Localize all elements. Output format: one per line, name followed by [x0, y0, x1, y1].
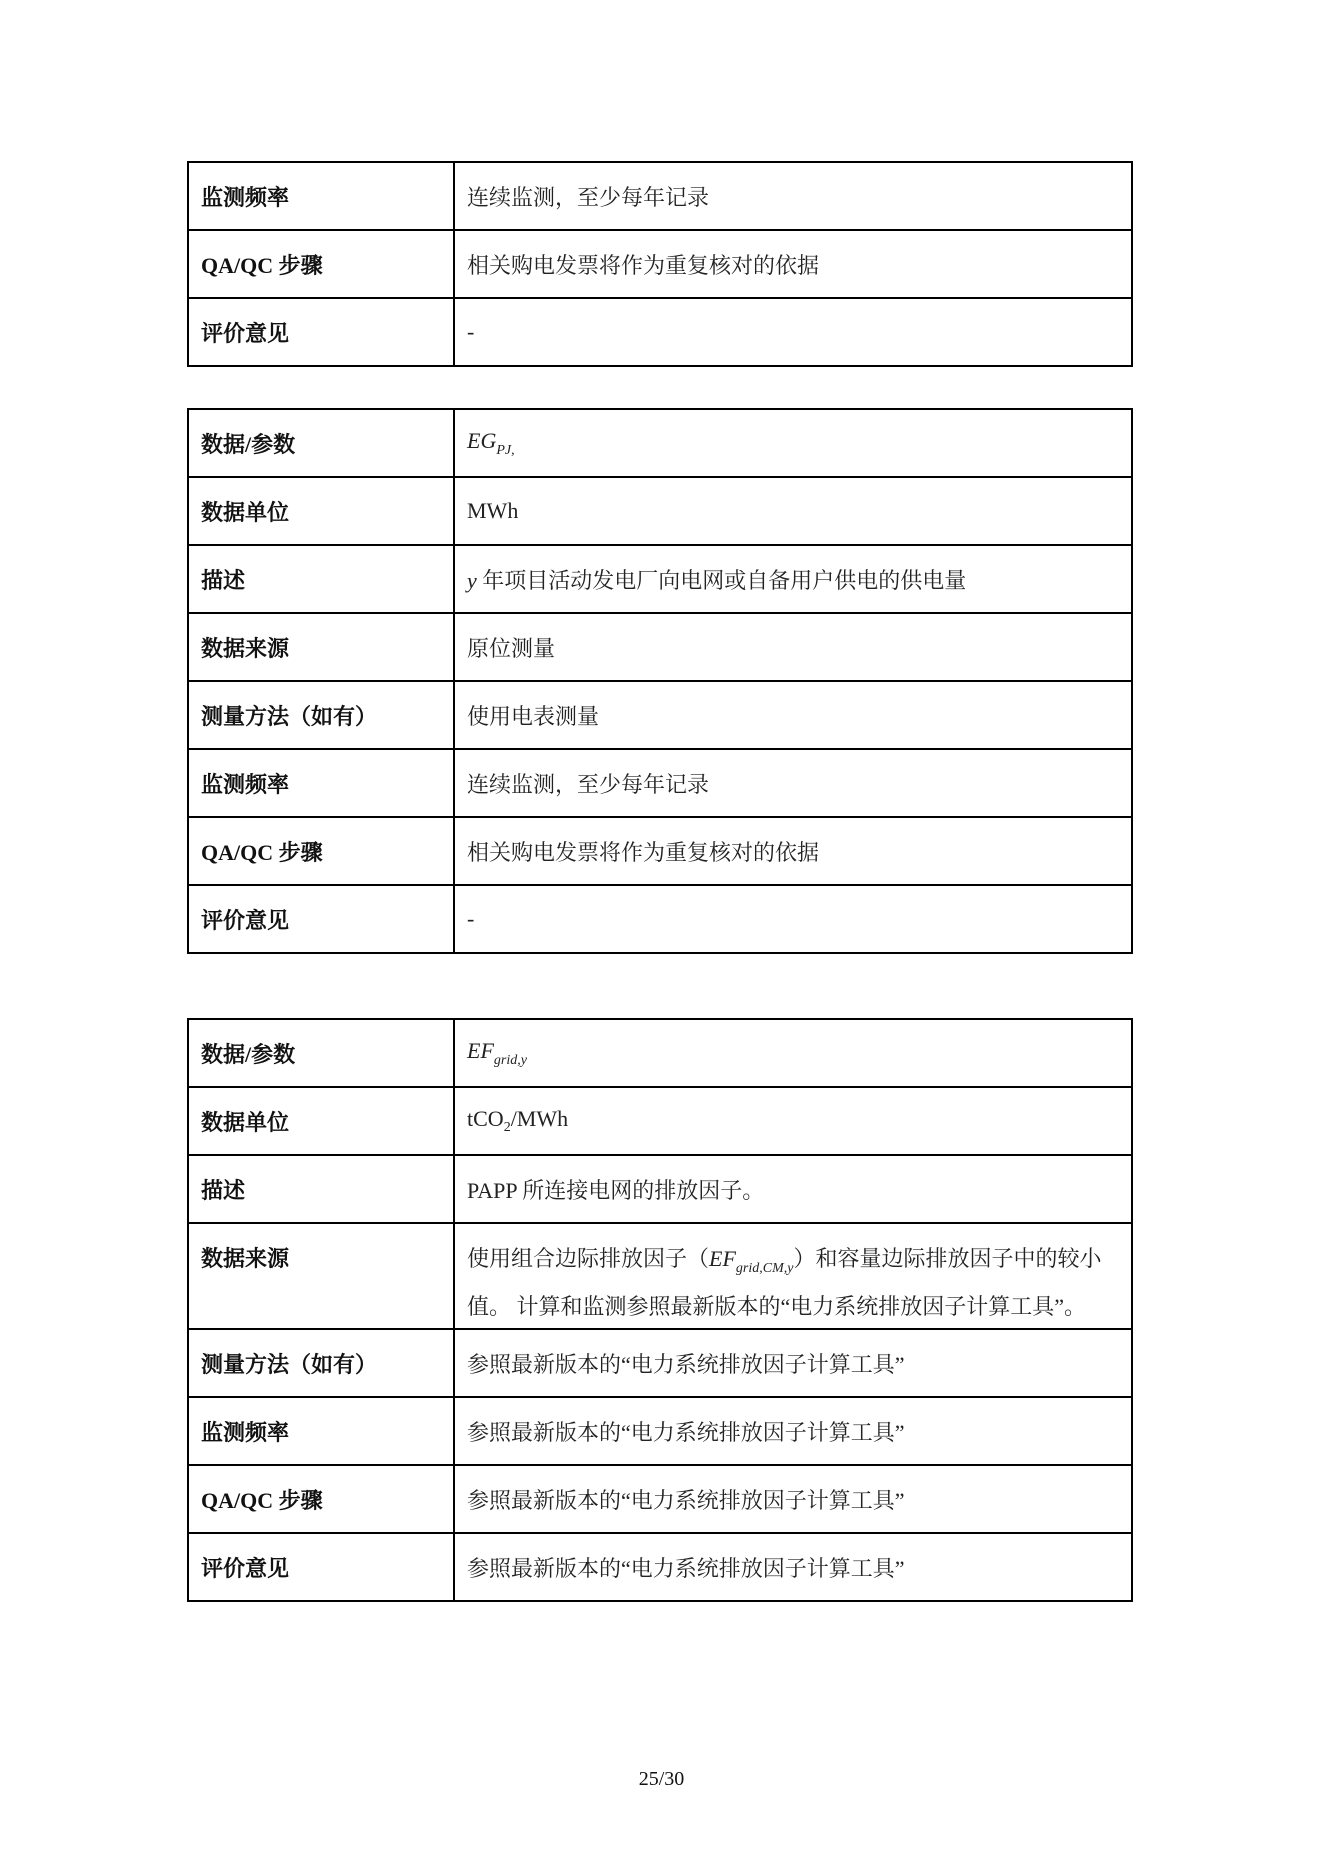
source-value: 使用组合边际排放因子（EFgrid,CM,y）和容量边际排放因子中的较小值。 计… [454, 1223, 1132, 1329]
parameter-symbol: EFgrid,y [454, 1019, 1132, 1087]
row-label: 监测频率 [188, 1397, 454, 1465]
symbol-main: EF [467, 1038, 494, 1063]
unit-subscript: 2 [504, 1120, 511, 1135]
table-row: 描述 PAPP 所连接电网的排放因子。 [188, 1155, 1132, 1223]
year-variable: y [467, 568, 477, 593]
row-value: MWh [454, 477, 1132, 545]
unit-value: tCO2/MWh [454, 1087, 1132, 1155]
table-row: QA/QC 步骤 参照最新版本的“电力系统排放因子计算工具” [188, 1465, 1132, 1533]
row-label: QA/QC 步骤 [188, 1465, 454, 1533]
table-row: QA/QC 步骤 相关购电发票将作为重复核对的依据 [188, 230, 1132, 298]
table-row: 评价意见 - [188, 885, 1132, 953]
row-label: 描述 [188, 1155, 454, 1223]
row-value: 原位测量 [454, 613, 1132, 681]
table-row: 数据来源 原位测量 [188, 613, 1132, 681]
source-symbol: EF [709, 1246, 736, 1271]
table-row: 数据来源 使用组合边际排放因子（EFgrid,CM,y）和容量边际排放因子中的较… [188, 1223, 1132, 1329]
row-value: - [454, 885, 1132, 953]
row-value: 相关购电发票将作为重复核对的依据 [454, 230, 1132, 298]
source-subscript: grid,CM,y [736, 1261, 794, 1276]
table-row: 测量方法（如有） 使用电表测量 [188, 681, 1132, 749]
table-row: 数据/参数 EGPJ, [188, 409, 1132, 477]
row-label: 监测频率 [188, 162, 454, 230]
row-label: 数据/参数 [188, 409, 454, 477]
row-value: PAPP 所连接电网的排放因子。 [454, 1155, 1132, 1223]
parameter-symbol: EGPJ, [454, 409, 1132, 477]
row-label: 数据单位 [188, 477, 454, 545]
parameter-table-continued: 监测频率 连续监测，至少每年记录 QA/QC 步骤 相关购电发票将作为重复核对的… [187, 161, 1133, 367]
row-label: 测量方法（如有） [188, 681, 454, 749]
parameter-table-eg-pj: 数据/参数 EGPJ, 数据单位 MWh 描述 y 年项目活动发电厂向电网或自备… [187, 408, 1133, 954]
table-row: 数据/参数 EFgrid,y [188, 1019, 1132, 1087]
row-label: 评价意见 [188, 885, 454, 953]
table-row: 测量方法（如有） 参照最新版本的“电力系统排放因子计算工具” [188, 1329, 1132, 1397]
table-row: 监测频率 参照最新版本的“电力系统排放因子计算工具” [188, 1397, 1132, 1465]
row-value: 参照最新版本的“电力系统排放因子计算工具” [454, 1465, 1132, 1533]
unit-post: /MWh [511, 1106, 568, 1131]
table-row: 数据单位 tCO2/MWh [188, 1087, 1132, 1155]
row-label: 监测频率 [188, 749, 454, 817]
row-value: 连续监测，至少每年记录 [454, 162, 1132, 230]
parameter-table-ef-grid: 数据/参数 EFgrid,y 数据单位 tCO2/MWh 描述 PAPP 所连接… [187, 1018, 1133, 1602]
row-value: y 年项目活动发电厂向电网或自备用户供电的供电量 [454, 545, 1132, 613]
row-label: 数据单位 [188, 1087, 454, 1155]
row-value: 使用电表测量 [454, 681, 1132, 749]
table-row: 评价意见 参照最新版本的“电力系统排放因子计算工具” [188, 1533, 1132, 1601]
row-value: 相关购电发票将作为重复核对的依据 [454, 817, 1132, 885]
row-label: 数据来源 [188, 613, 454, 681]
table-row: 监测频率 连续监测，至少每年记录 [188, 749, 1132, 817]
symbol-subscript: PJ, [496, 443, 514, 458]
row-label: 描述 [188, 545, 454, 613]
table-row: 监测频率 连续监测，至少每年记录 [188, 162, 1132, 230]
row-label: QA/QC 步骤 [188, 230, 454, 298]
row-label: 数据来源 [188, 1223, 454, 1329]
unit-pre: tCO [467, 1106, 504, 1131]
symbol-main: EG [467, 428, 496, 453]
table-row: 数据单位 MWh [188, 477, 1132, 545]
table-row: 描述 y 年项目活动发电厂向电网或自备用户供电的供电量 [188, 545, 1132, 613]
table-row: QA/QC 步骤 相关购电发票将作为重复核对的依据 [188, 817, 1132, 885]
row-value: 参照最新版本的“电力系统排放因子计算工具” [454, 1533, 1132, 1601]
row-value: - [454, 298, 1132, 366]
row-value: 连续监测，至少每年记录 [454, 749, 1132, 817]
source-text-before: 使用组合边际排放因子（ [467, 1246, 709, 1271]
row-label: 评价意见 [188, 1533, 454, 1601]
symbol-subscript: grid,y [494, 1053, 527, 1068]
row-value: 参照最新版本的“电力系统排放因子计算工具” [454, 1397, 1132, 1465]
row-label: QA/QC 步骤 [188, 817, 454, 885]
row-label: 测量方法（如有） [188, 1329, 454, 1397]
table-row: 评价意见 - [188, 298, 1132, 366]
row-value: 参照最新版本的“电力系统排放因子计算工具” [454, 1329, 1132, 1397]
row-label: 数据/参数 [188, 1019, 454, 1087]
row-label: 评价意见 [188, 298, 454, 366]
description-text: 年项目活动发电厂向电网或自备用户供电的供电量 [477, 568, 967, 593]
page-number: 25/30 [0, 1768, 1323, 1791]
